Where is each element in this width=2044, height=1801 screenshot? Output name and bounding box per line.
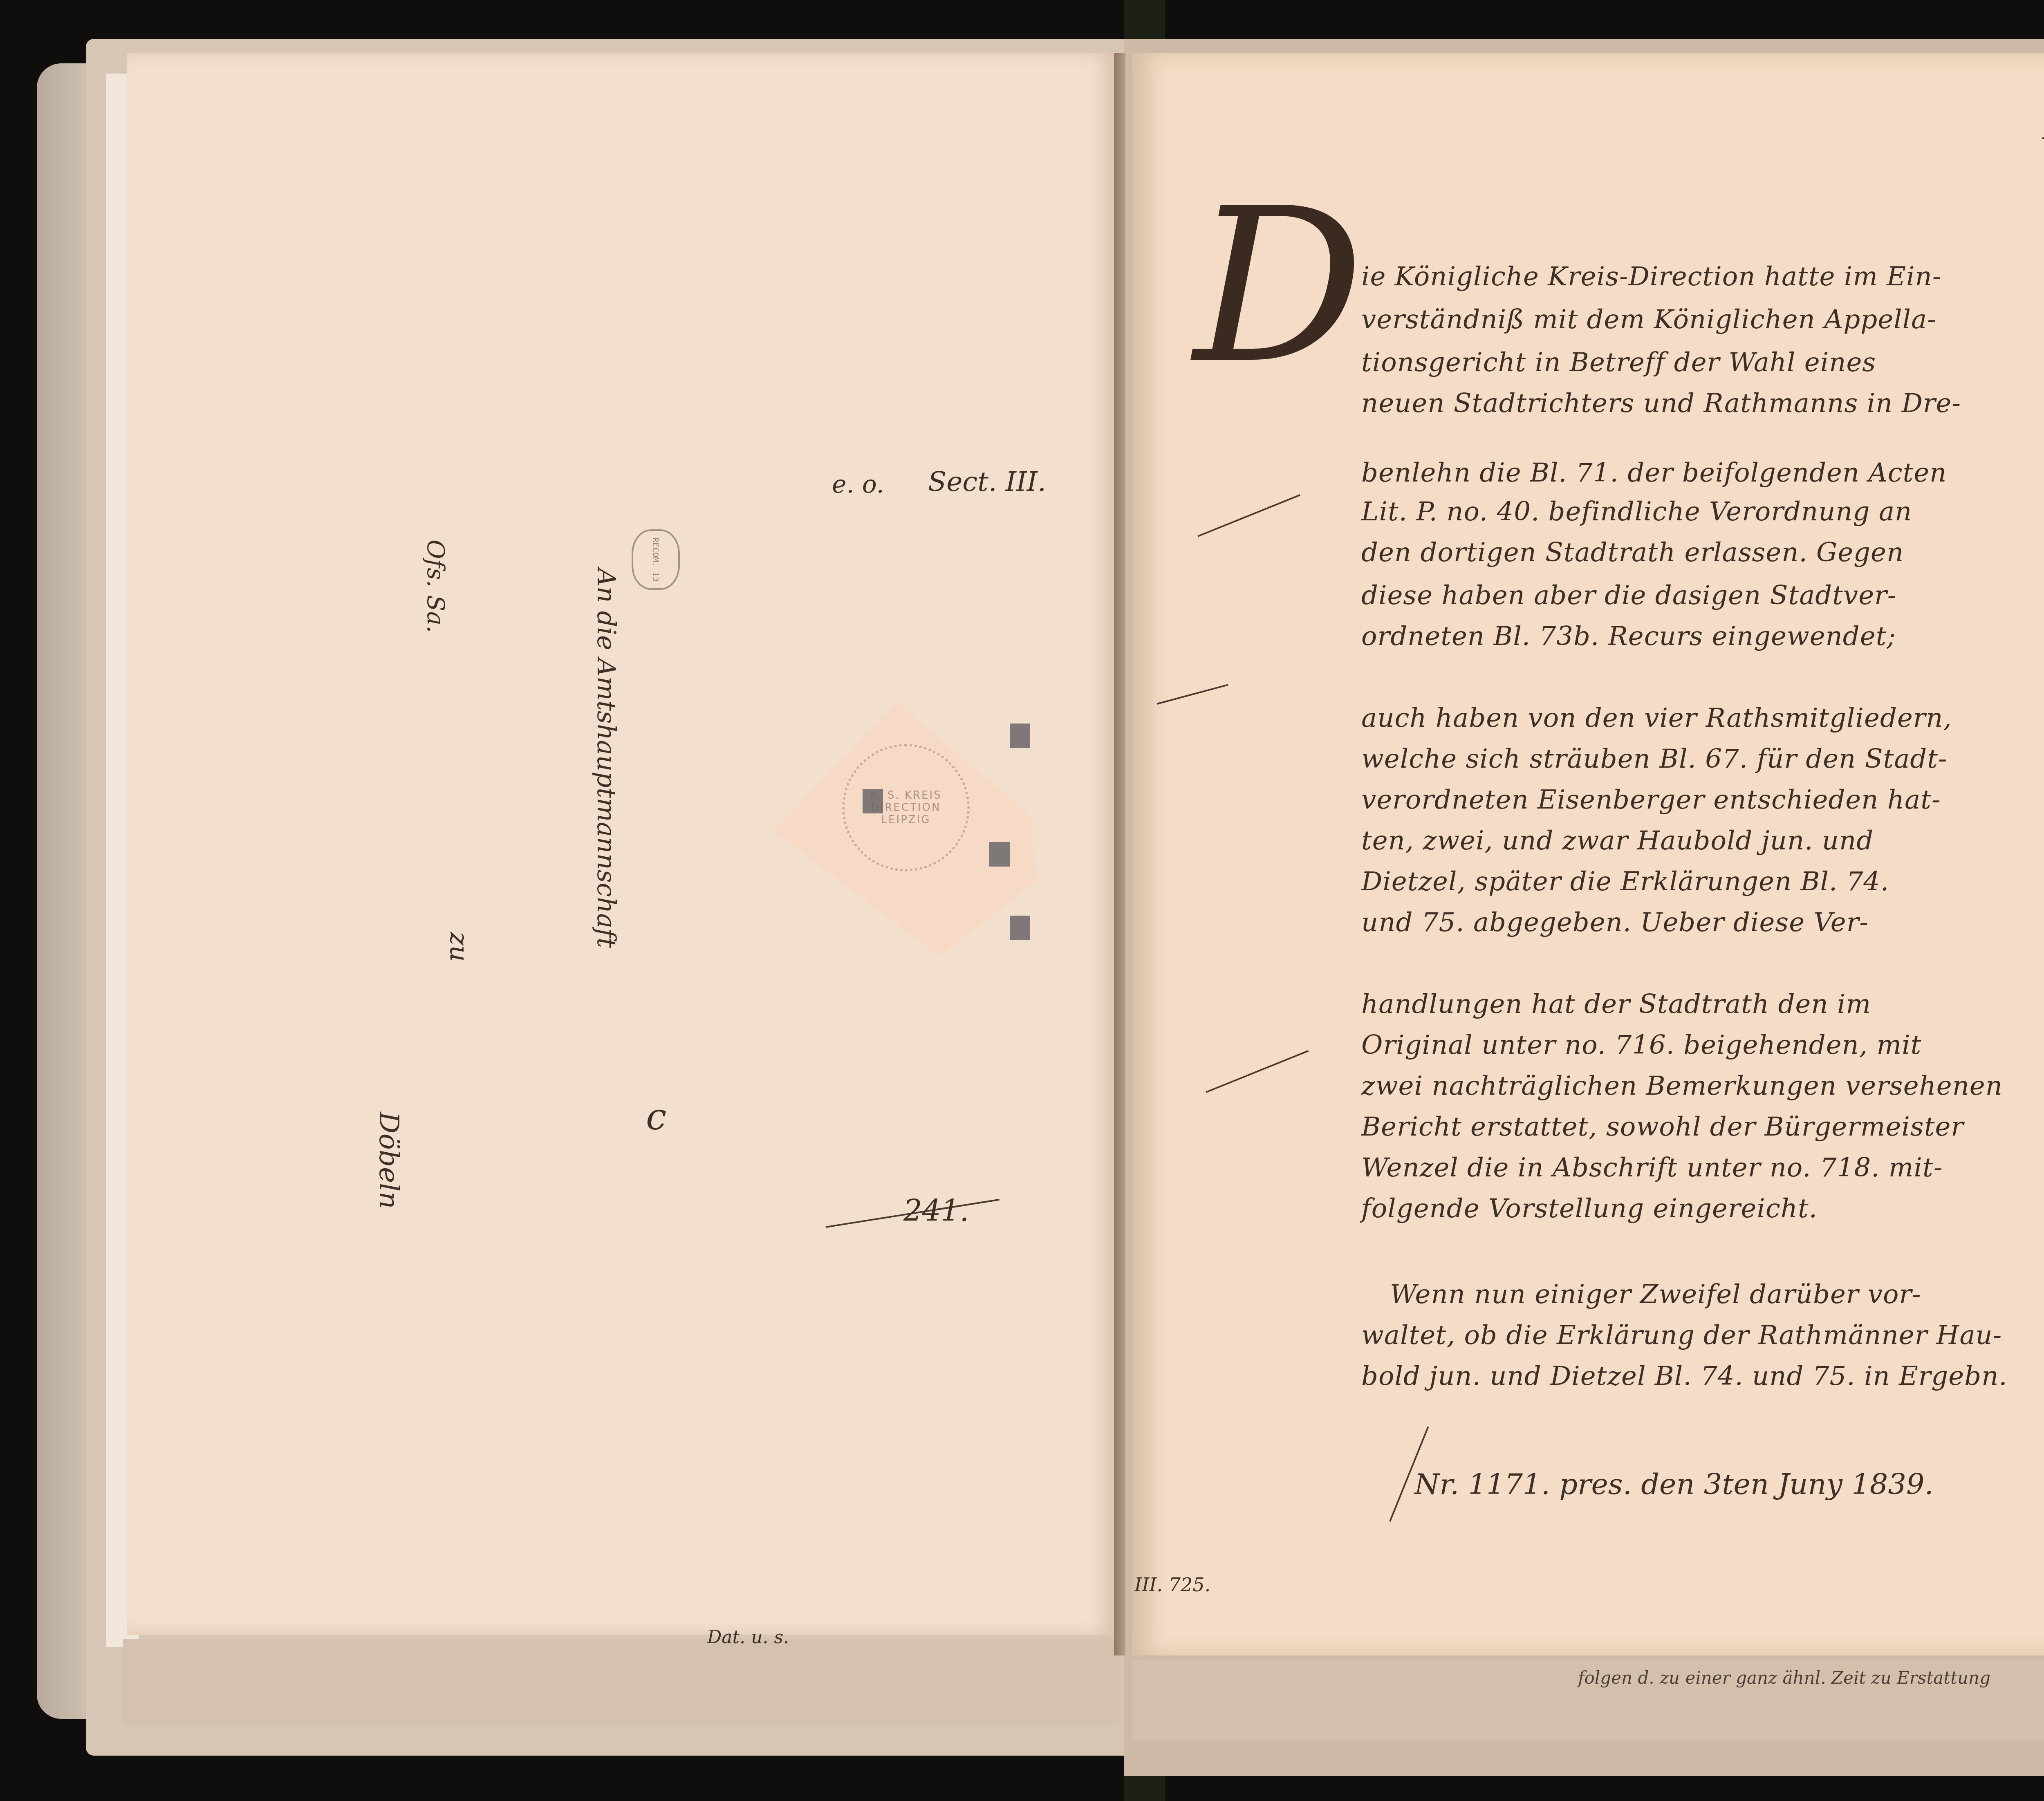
body-line: Dietzel, später die Erklärungen Bl. 74.	[1361, 867, 1889, 897]
decorated-initial: D	[1194, 180, 1364, 392]
wax-tab	[1010, 724, 1030, 748]
body-line: welche sich sträuben Bl. 67. für den Sta…	[1361, 744, 1948, 774]
wax-tab	[1010, 916, 1030, 940]
address-prefix: Ofs. Sa.	[422, 540, 450, 633]
wax-tab	[989, 842, 1010, 867]
address-line-2: zu	[444, 932, 474, 962]
left-bottom-leaf	[123, 1639, 1120, 1725]
body-line: Lit. P. no. 40. befindliche Verordnung a…	[1361, 497, 1912, 527]
body-line: waltet, ob die Erklärung der Rathmänner …	[1361, 1320, 2002, 1351]
body-line: verordneten Eisenberger entschieden hat-	[1361, 785, 1941, 815]
file-number: 241.	[903, 1194, 969, 1228]
stamp-text: RECOM. 13	[651, 538, 661, 582]
address-line-3: Döbeln	[373, 1112, 405, 1209]
body-line: tionsgericht in Betreff der Wahl eines	[1361, 347, 1876, 378]
left-bottom-note: Dat. u. s.	[707, 1627, 789, 1648]
body-line: ordneten Bl. 73b. Recurs eingewendet;	[1361, 621, 1896, 652]
body-line: benlehn die Bl. 71. der beifolgenden Act…	[1361, 458, 1947, 488]
body-line: den dortigen Stadtrath erlassen. Gegen	[1361, 538, 1904, 568]
body-line: bold jun. und Dietzel Bl. 74. und 75. in…	[1361, 1361, 2008, 1391]
body-line: zwei nachträglichen Bemerkungen versehen…	[1361, 1071, 2003, 1101]
seal-legend: K. S. KREIS DIRECTION LEIPZIG	[859, 789, 953, 826]
body-line: diese haben aber die dasigen Stadtver-	[1361, 580, 1896, 611]
body-line: ten, zwei, und zwar Haubold jun. und	[1361, 826, 1874, 856]
body-line: Bericht erstattet, sowohl der Bürgermeis…	[1361, 1112, 1964, 1142]
body-line: Wenn nun einiger Zweifel darüber vor-	[1390, 1279, 1921, 1310]
body-line: auch haben von den vier Rathsmitgliedern…	[1361, 703, 1952, 733]
body-line: folgende Vorstellung eingereicht.	[1361, 1194, 1818, 1224]
folio-number: 129.	[2040, 110, 2044, 147]
body-line: neuen Stadtrichters und Rathmanns in Dre…	[1361, 388, 1961, 419]
body-line: Original unter no. 716. beigehenden, mit	[1361, 1030, 1921, 1060]
postal-stamp: RECOM. 13	[632, 529, 680, 590]
registry-mark: e. o.	[832, 470, 884, 499]
receipt-line: Nr. 1171. pres. den 3ten Juny 1839.	[1414, 1467, 1934, 1501]
right-bottom-note: folgen d. zu einer ganz ähnl. Zeit zu Er…	[1578, 1668, 1990, 1688]
body-line: Wenzel die in Abschrift unter no. 718. m…	[1361, 1153, 1943, 1183]
section-mark: Sect. III.	[928, 466, 1046, 497]
sidenote-c: c	[646, 1095, 666, 1138]
body-line: handlungen hat der Stadtrath den im	[1361, 989, 1871, 1019]
body-line: und 75. abgegeben. Ueber diese Ver-	[1361, 907, 1869, 938]
body-line: verständniß mit dem Königlichen Appella-	[1361, 305, 1936, 335]
seal-emblem: K. S. KREIS DIRECTION LEIPZIG	[842, 744, 970, 871]
gutter	[1114, 53, 1125, 1655]
body-line: ie Königliche Kreis-Direction hatte im E…	[1361, 262, 1941, 292]
volume-mark: III. 725.	[1134, 1574, 1210, 1596]
address-line-1: An die Amtshauptmannschaft	[592, 568, 621, 948]
